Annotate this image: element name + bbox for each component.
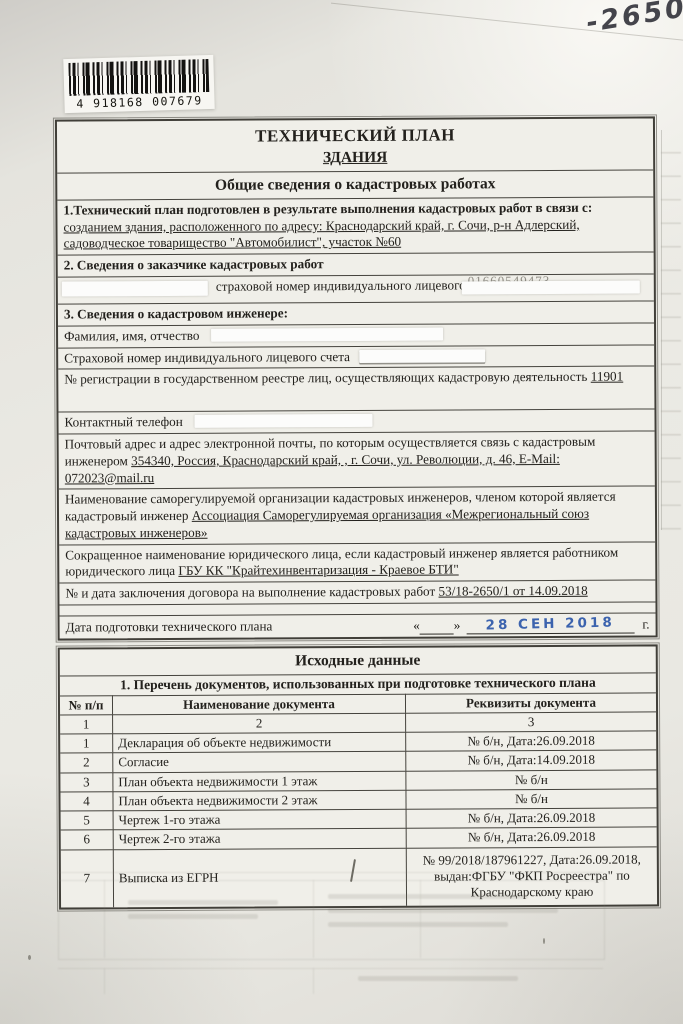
date-stamp: 28 СЕН 2018 [486, 614, 616, 634]
right-edge-ghost-line [661, 130, 662, 530]
table-row-4-num: 4 [60, 791, 112, 811]
date-stamp-line: 28 СЕН 2018 [466, 615, 634, 634]
customer-row: страховой номер индивидуального лицевого… [58, 273, 654, 303]
paper-speck [543, 938, 545, 944]
registry-number-value: 11901 [591, 369, 624, 384]
quote-open: « [413, 618, 420, 635]
documents-list-table: 1. Перечень документов, использованных п… [60, 672, 657, 907]
col-number-3: 3 [405, 711, 656, 732]
date-day-blank [420, 634, 454, 635]
col-header-requisites: Реквизиты документа [405, 692, 656, 713]
engineer-name-row: Фамилия, имя, отчество [58, 322, 654, 347]
table-row-2-req: № б/н, Дата:14.09.2018 [405, 750, 656, 771]
handwritten-number: -2650 [584, 0, 683, 39]
quote-close: » [454, 618, 461, 635]
table-row-5-req: № б/н, Дата:26.09.2018 [406, 808, 657, 829]
paragraph-1-value: созданием здания, расположенного по адре… [63, 217, 579, 251]
title-line1: ТЕХНИЧЕСКИЙ ПЛАН [63, 123, 647, 148]
general-section-header: Общие сведения о кадастровых работах [57, 170, 653, 200]
table-row-4-req: № б/н [405, 788, 656, 809]
preparation-date-row: Дата подготовки технического плана « » 2… [60, 612, 656, 638]
table-row-6-num: 6 [61, 830, 113, 850]
table-row-6-name: Чертеж 2-го этажа [113, 828, 406, 849]
scanned-page: -2650 4 918168 007679 ТЕХНИЧЕСКИЙ ПЛАН З… [0, 0, 683, 1024]
barcode-digits: 4 918168 007679 [69, 92, 209, 111]
title-line2: ЗДАНИЯ [63, 146, 647, 169]
table-row-2-num: 2 [60, 753, 112, 773]
paragraph-3-header: 3. Сведения о кадастровом инженере: [58, 300, 654, 325]
table-row-1-num: 1 [60, 733, 112, 753]
table-row-7-name: Выписка из ЕГРН [113, 847, 406, 907]
contract-label: № и дата заключения договора на выполнен… [65, 584, 435, 601]
col-number-2: 2 [112, 713, 405, 734]
sro-row: Наименование саморегулируемой организаци… [59, 486, 655, 544]
barcode-bars-icon [68, 59, 209, 96]
postal-address-row: Почтовый адрес и адрес электронной почты… [59, 430, 655, 488]
table-row-5-num: 5 [61, 810, 113, 830]
contract-row: № и дата заключения договора на выполнен… [59, 580, 655, 605]
contract-value: 53/18-2650/1 от 14.09.2018 [438, 583, 587, 599]
table-row-3-name: План объекта недвижимости 1 этаж [112, 770, 405, 791]
table-row-2-name: Согласие [112, 751, 405, 772]
document-title: ТЕХНИЧЕСКИЙ ПЛАН ЗДАНИЯ [57, 118, 653, 172]
registry-number-label: № регистрации в государственном реестре … [64, 369, 587, 387]
general-info-table: ТЕХНИЧЕСКИЙ ПЛАН ЗДАНИЯ Общие сведения о… [55, 116, 658, 640]
redaction-customer-name [62, 281, 208, 297]
table-row-1-name: Декларация об объекте недвижимости [112, 732, 405, 753]
year-suffix: г. [642, 617, 649, 634]
phone-label: Контактный телефон [64, 414, 182, 430]
redaction-engineer-name [211, 327, 443, 341]
table-row-7-num: 7 [61, 849, 113, 907]
col-header-name: Наименование документа [112, 693, 405, 714]
barcode: 4 918168 007679 [63, 55, 214, 113]
paper-speck [28, 955, 31, 960]
employer-row: Сокращенное наименование юридического ли… [59, 541, 655, 583]
postal-address-value: 354340, Россия, Краснодарский край, , г.… [65, 451, 560, 485]
registry-number-row: № регистрации в государственном реестре … [58, 366, 654, 412]
right-edge-bleedthrough [661, 130, 681, 530]
employer-value: ГБУ КК "Крайтехинвентаризация - Краевое … [178, 562, 458, 578]
redaction-customer-snils [462, 281, 640, 295]
redaction-engineer-snils [359, 349, 485, 363]
col-number-1: 1 [60, 714, 112, 734]
col-header-num: № п/п [60, 695, 112, 715]
paragraph-1: 1.Технический план подготовлен в результ… [57, 196, 653, 254]
table-row-7-req: № 99/2018/187961227, Дата:26.09.2018, вы… [406, 846, 657, 905]
engineer-name-label: Фамилия, имя, отчество [64, 328, 199, 344]
document-body: ТЕХНИЧЕСКИЙ ПЛАН ЗДАНИЯ Общие сведения о… [55, 116, 659, 909]
source-data-table: Исходные данные 1. Перечень документов, … [58, 645, 659, 910]
table-row-6-req: № б/н, Дата:26.09.2018 [406, 827, 657, 848]
table-row-5-name: Чертеж 1-го этажа [113, 809, 406, 830]
engineer-snils-row: Страховой номер индивидуального лицевого… [58, 344, 654, 369]
preparation-date-label: Дата подготовки технического плана [66, 619, 273, 637]
table-row-3-req: № б/н [405, 769, 656, 790]
source-data-header: Исходные данные [60, 647, 656, 676]
table-row-3-num: 3 [60, 772, 112, 792]
table-row-1-req: № б/н, Дата:26.09.2018 [405, 731, 656, 752]
customer-snils-value: 01660549473 [462, 272, 640, 297]
customer-snils-label: страховой номер индивидуального лицевого… [216, 277, 499, 293]
phone-row: Контактный телефон [58, 409, 654, 434]
redaction-phone [194, 414, 372, 428]
table-row-4-name: План объекта недвижимости 2 этаж [112, 790, 405, 811]
engineer-snils-label: Страховой номер индивидуального лицевого… [64, 349, 350, 365]
